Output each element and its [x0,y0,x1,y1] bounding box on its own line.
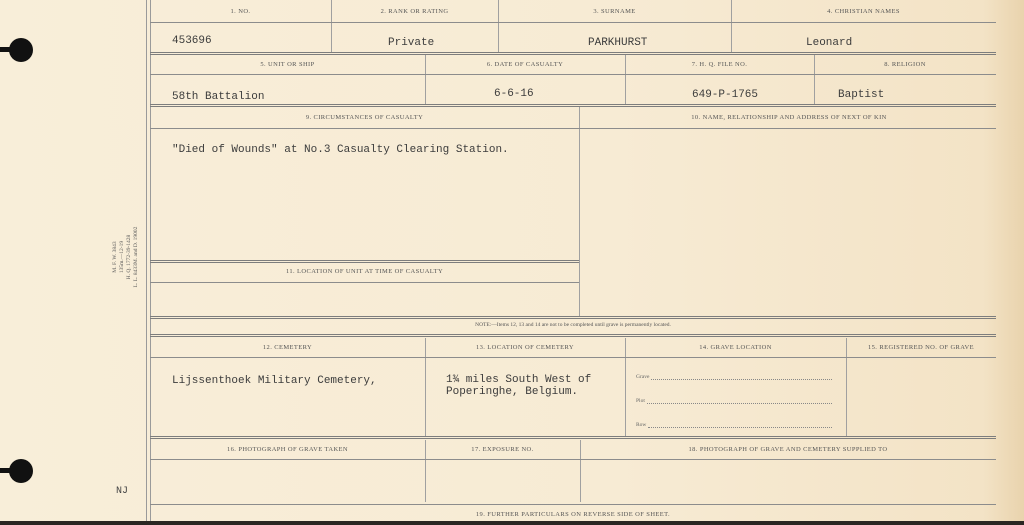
label-religion: 8. Religion [814,61,996,68]
imprint-line: H. Q. 1772-39-1428 [126,212,133,302]
label-grave-location: 14. Grave Location [625,344,846,351]
card-bottom-edge [0,521,1024,525]
label-registered-no: 15. Registered No. of Grave [846,344,996,351]
label-next-of-kin: 10. Name, Relationship and Address of Ne… [582,114,996,121]
grave-row: Grave [636,374,832,380]
label-circumstances: 9. Circumstances of Casualty [150,114,579,121]
grave-row-label: Grave [636,374,649,380]
value-surname: PARKHURST [588,37,647,49]
value-no: 453696 [172,35,212,47]
label-location-of-unit: 11. Location of Unit at Time of Casualty [150,268,579,275]
label-cemetery: 12. Cemetery [150,344,425,351]
label-rank: 2. Rank or Rating [331,8,498,15]
note-text: NOTE:—Items 12, 13 and 14 are not to be … [150,322,996,328]
label-photo-supplied: 18. Photograph of Grave and Cemetery Sup… [580,446,996,453]
imprint-line: L. L. 8433M. and D. 19002 [133,212,140,302]
value-date-of-casualty: 6-6-16 [494,88,534,100]
label-location-of-cemetery: 13. Location of Cemetery [425,344,625,351]
label-christian-names: 4. Christian Names [731,8,996,15]
printer-imprint: M. F. W. 3843 135m.—12-19 H. Q. 1772-39-… [112,212,140,302]
imprint-line: M. F. W. 3843 [112,212,119,302]
value-circumstances: "Died of Wounds" at No.3 Casualty Cleari… [172,144,509,156]
clerk-initials: NJ [116,486,128,497]
plot-row: Plot [636,398,832,404]
value-religion: Baptist [838,89,884,101]
punch-hole-bottom [9,459,33,483]
value-cemetery: Lijssenthoek Military Cemetery, [172,375,377,387]
casualty-card: M. F. W. 3843 135m.—12-19 H. Q. 1772-39-… [0,0,1024,525]
label-exposure-no: 17. Exposure No. [425,446,580,453]
label-unit: 5. Unit or Ship [150,61,425,68]
imprint-line: 135m.—12-19 [119,212,126,302]
value-hq-file-no: 649-P-1765 [692,89,758,101]
value-location-of-cemetery-line2: Poperinghe, Belgium. [446,386,578,398]
label-date-of-casualty: 6. Date of Casualty [425,61,625,68]
plot-row-label: Plot [636,398,645,404]
value-christian-names: Leonard [806,37,852,49]
punch-hole-top [9,38,33,62]
label-further-particulars: 19. Further Particulars on Reverse Side … [150,511,996,518]
row-row-label: Row [636,422,646,428]
label-no: 1. No. [150,8,331,15]
value-location-of-cemetery-line1: 1¾ miles South West of [446,374,591,386]
value-rank: Private [388,37,434,49]
label-photo-taken: 16. Photograph of Grave Taken [150,446,425,453]
value-unit: 58th Battalion [172,91,264,103]
label-hq-file-no: 7. H. Q. File No. [625,61,814,68]
label-surname: 3. Surname [498,8,731,15]
row-row: Row [636,422,832,428]
